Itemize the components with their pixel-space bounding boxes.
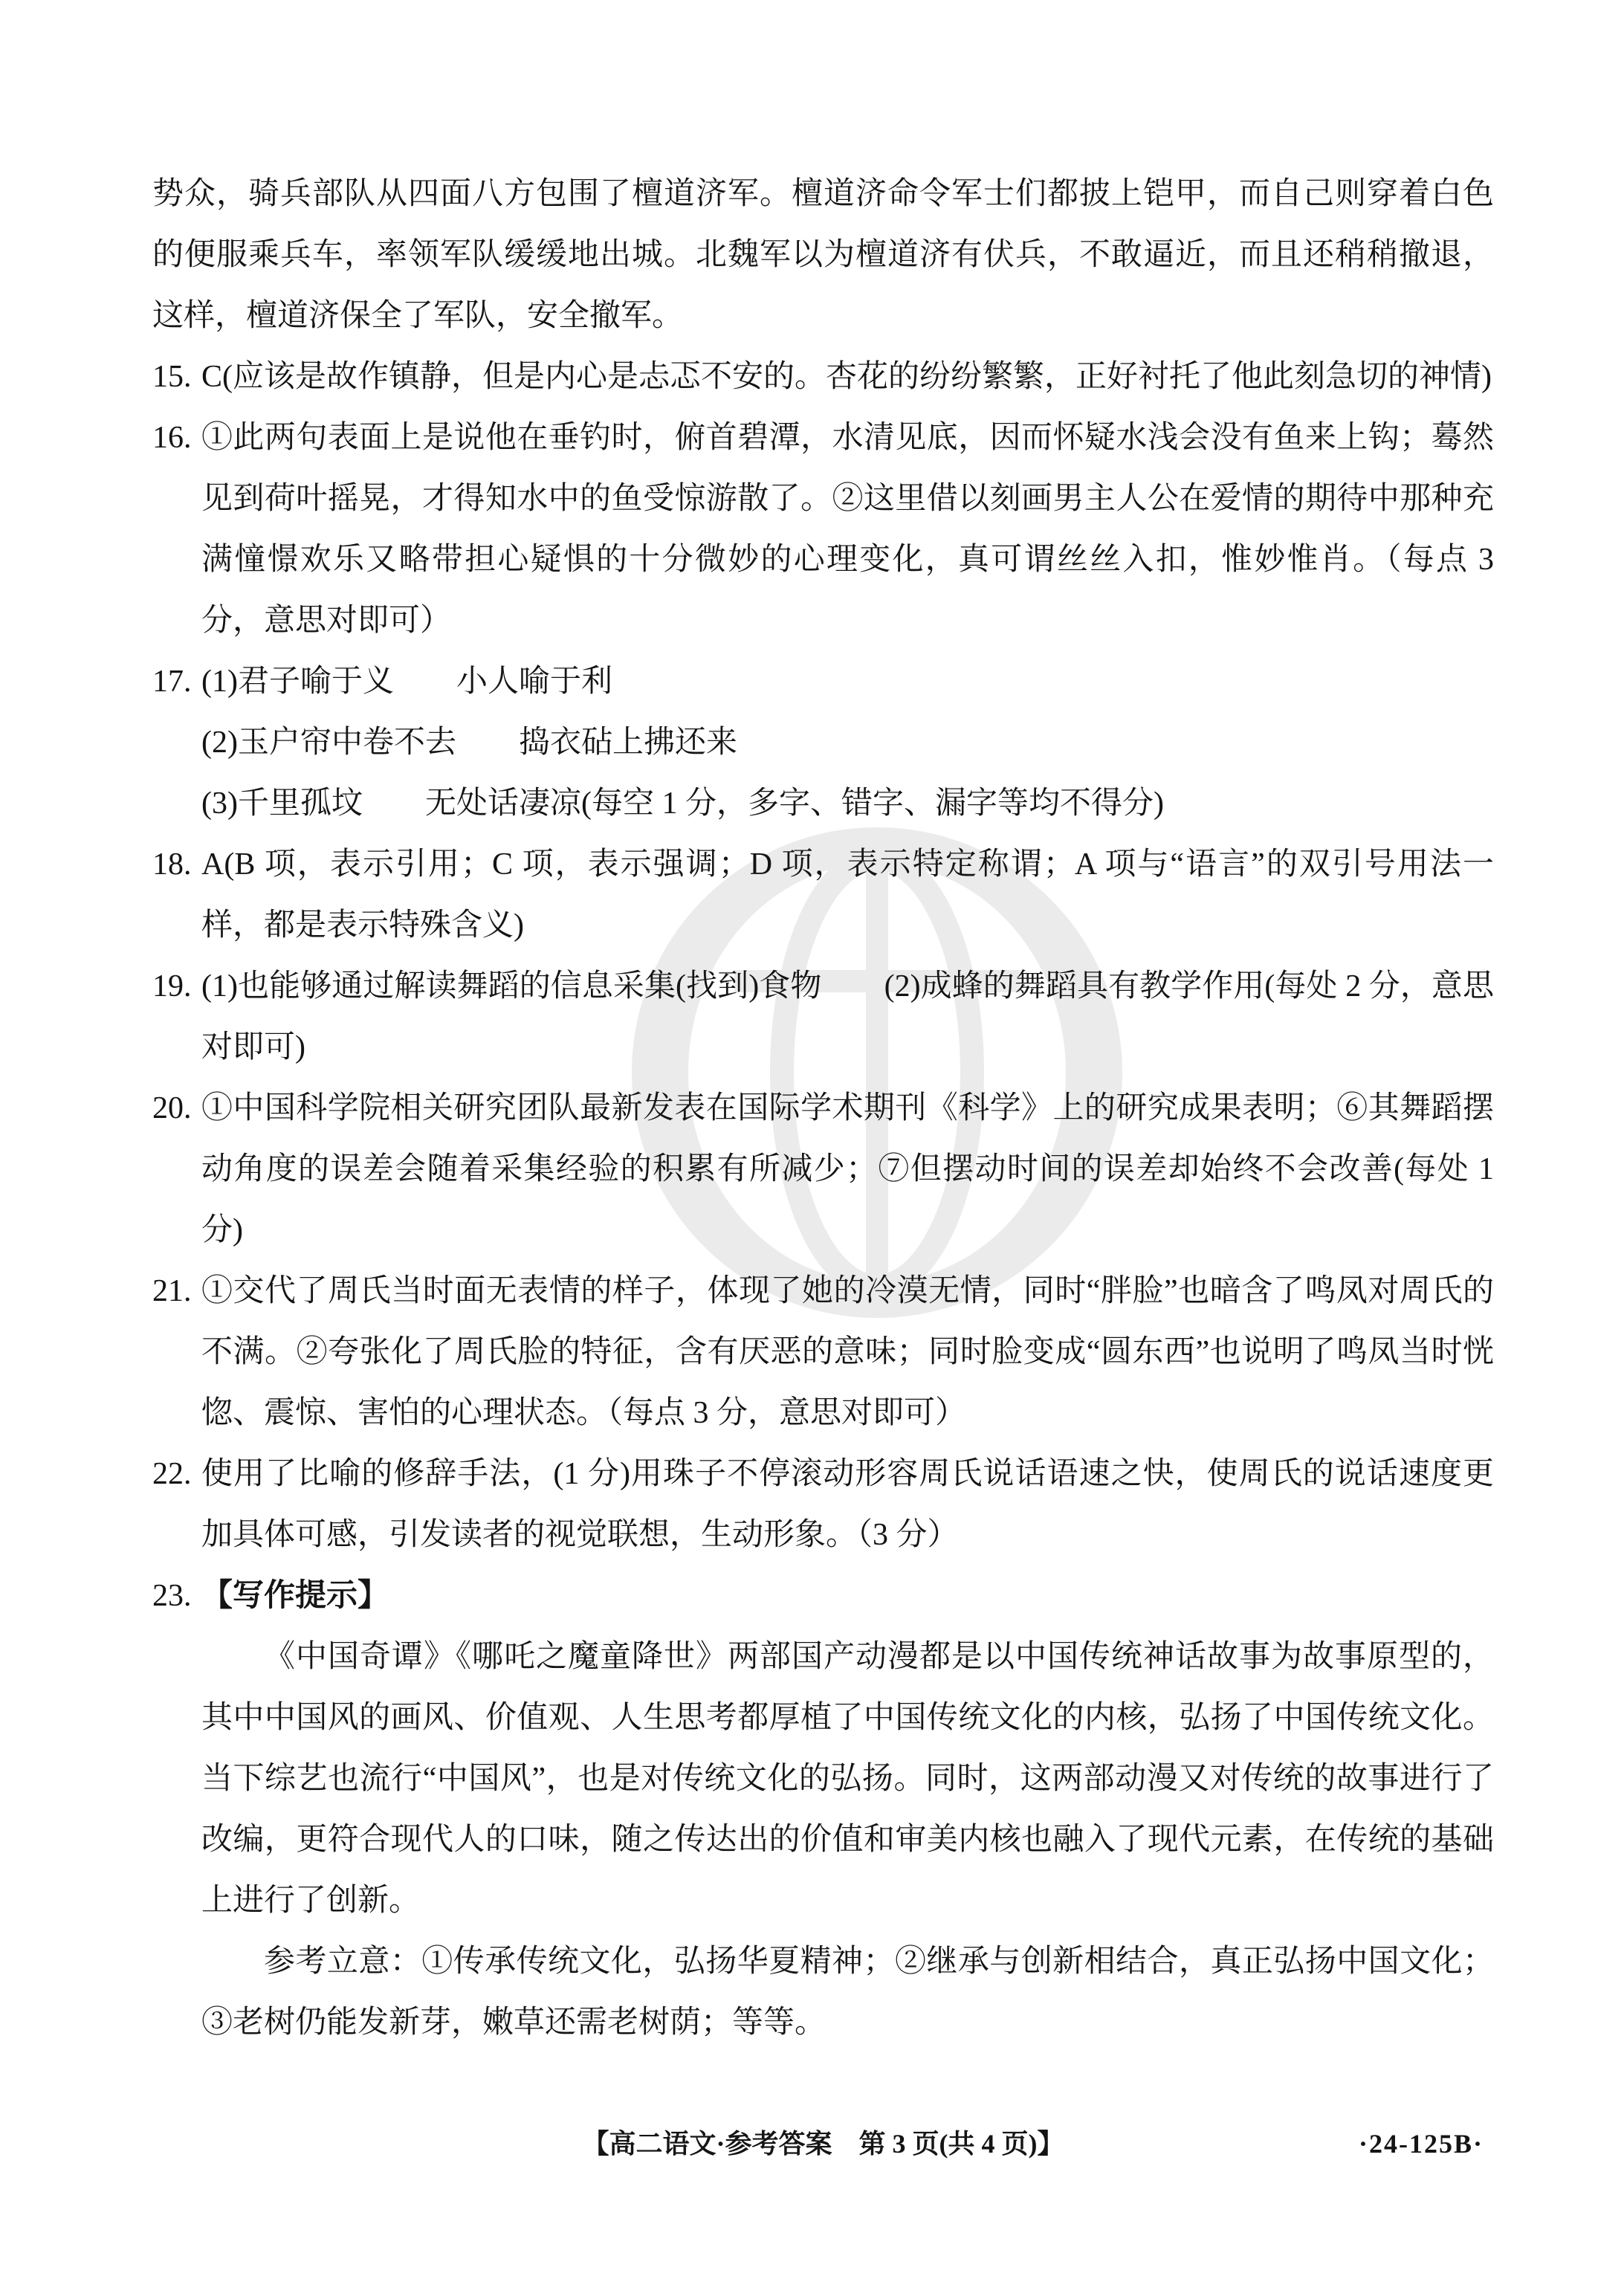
footer-label: 【高二语文·参考答案 第 3 页(共 4 页)】: [583, 2129, 1064, 2159]
item-number: 16.: [152, 407, 201, 468]
answer-item-22: 22. 使用了比喻的修辞手法，(1 分)用珠子不停滚动形容周氏说话语速之快，使周…: [152, 1444, 1494, 1565]
answer-text: ①交代了周氏当时面无表情的样子，体现了她的冷漠无情，同时“胖脸”也暗含了鸣凤对周…: [201, 1261, 1494, 1444]
answer-text: 参考立意：①传承传统文化，弘扬华夏精神；②继承与创新相结合，真正弘扬中国文化；③…: [201, 1931, 1494, 2053]
answer-text: (2)玉户帘中卷不去 捣衣砧上拂还来: [201, 712, 1494, 773]
page-footer: 【高二语文·参考答案 第 3 页(共 4 页)】 ·24-125B·: [152, 2127, 1494, 2160]
answer-item-18: 18. A(B 项，表示引用；C 项，表示强调；D 项，表示特定称谓；A 项与“…: [152, 834, 1494, 956]
answer-item-20: 20. ①中国科学院相关研究团队最新发表在国际学术期刊《科学》上的研究成果表明；…: [152, 1078, 1494, 1261]
item-number: 19.: [152, 956, 201, 1017]
answer-item-19: 19. (1)也能够通过解读舞蹈的信息采集(找到)食物 (2)成蜂的舞蹈具有教学…: [152, 956, 1494, 1078]
answer-text: 《中国奇谭》《哪吒之魔童降世》两部国产动漫都是以中国传统神话故事为故事原型的，其…: [201, 1626, 1494, 1931]
writing-hint-heading: 【写作提示】: [201, 1565, 1494, 1626]
footer-paper-code: ·24-125B·: [1359, 2127, 1484, 2160]
item-number: 20.: [152, 1078, 201, 1139]
item-number: 21.: [152, 1261, 201, 1322]
answer-item-16: 16. ①此两句表面上是说他在垂钓时，俯首碧潭，水清见底，因而怀疑水浅会没有鱼来…: [152, 407, 1494, 651]
answer-item-23: 23. 【写作提示】 《中国奇谭》《哪吒之魔童降世》两部国产动漫都是以中国传统神…: [152, 1565, 1494, 2053]
answer-key-page: 势众，骑兵部队从四面八方包围了檀道济军。檀道济命令军士们都披上铠甲，而自己则穿着…: [0, 0, 1624, 2282]
answer-text: 使用了比喻的修辞手法，(1 分)用珠子不停滚动形容周氏说话语速之快，使周氏的说话…: [201, 1444, 1494, 1565]
item-number: 18.: [152, 834, 201, 895]
item-number: 23.: [152, 1565, 201, 1626]
answer-item-17: 17. (1)君子喻于义 小人喻于利 (2)玉户帘中卷不去 捣衣砧上拂还来 (3…: [152, 651, 1494, 834]
intro-paragraph: 势众，骑兵部队从四面八方包围了檀道济军。檀道济命令军士们都披上铠甲，而自己则穿着…: [152, 164, 1494, 346]
answer-item-15: 15. C(应该是故作镇静，但是内心是忐忑不安的。杏花的纷纷繁繁，正好衬托了他此…: [152, 346, 1494, 407]
answer-text: C(应该是故作镇静，但是内心是忐忑不安的。杏花的纷纷繁繁，正好衬托了他此刻急切的…: [201, 346, 1494, 407]
answer-item-21: 21. ①交代了周氏当时面无表情的样子，体现了她的冷漠无情，同时“胖脸”也暗含了…: [152, 1261, 1494, 1444]
answer-text: (1)君子喻于义 小人喻于利: [201, 651, 1494, 712]
answer-text: (3)千里孤坟 无处话凄凉(每空 1 分，多字、错字、漏字等均不得分): [201, 773, 1494, 834]
item-number: 22.: [152, 1444, 201, 1504]
answer-text: (1)也能够通过解读舞蹈的信息采集(找到)食物 (2)成蜂的舞蹈具有教学作用(每…: [201, 956, 1494, 1078]
answer-text: A(B 项，表示引用；C 项，表示强调；D 项，表示特定称谓；A 项与“语言”的…: [201, 834, 1494, 956]
answer-text: ①中国科学院相关研究团队最新发表在国际学术期刊《科学》上的研究成果表明；⑥其舞蹈…: [201, 1078, 1494, 1261]
answer-text: ①此两句表面上是说他在垂钓时，俯首碧潭，水清见底，因而怀疑水浅会没有鱼来上钩；蓦…: [201, 407, 1494, 651]
item-number: 17.: [152, 651, 201, 712]
answer-key-content: 势众，骑兵部队从四面八方包围了檀道济军。檀道济命令军士们都披上铠甲，而自己则穿着…: [152, 164, 1494, 2053]
item-number: 15.: [152, 346, 201, 407]
